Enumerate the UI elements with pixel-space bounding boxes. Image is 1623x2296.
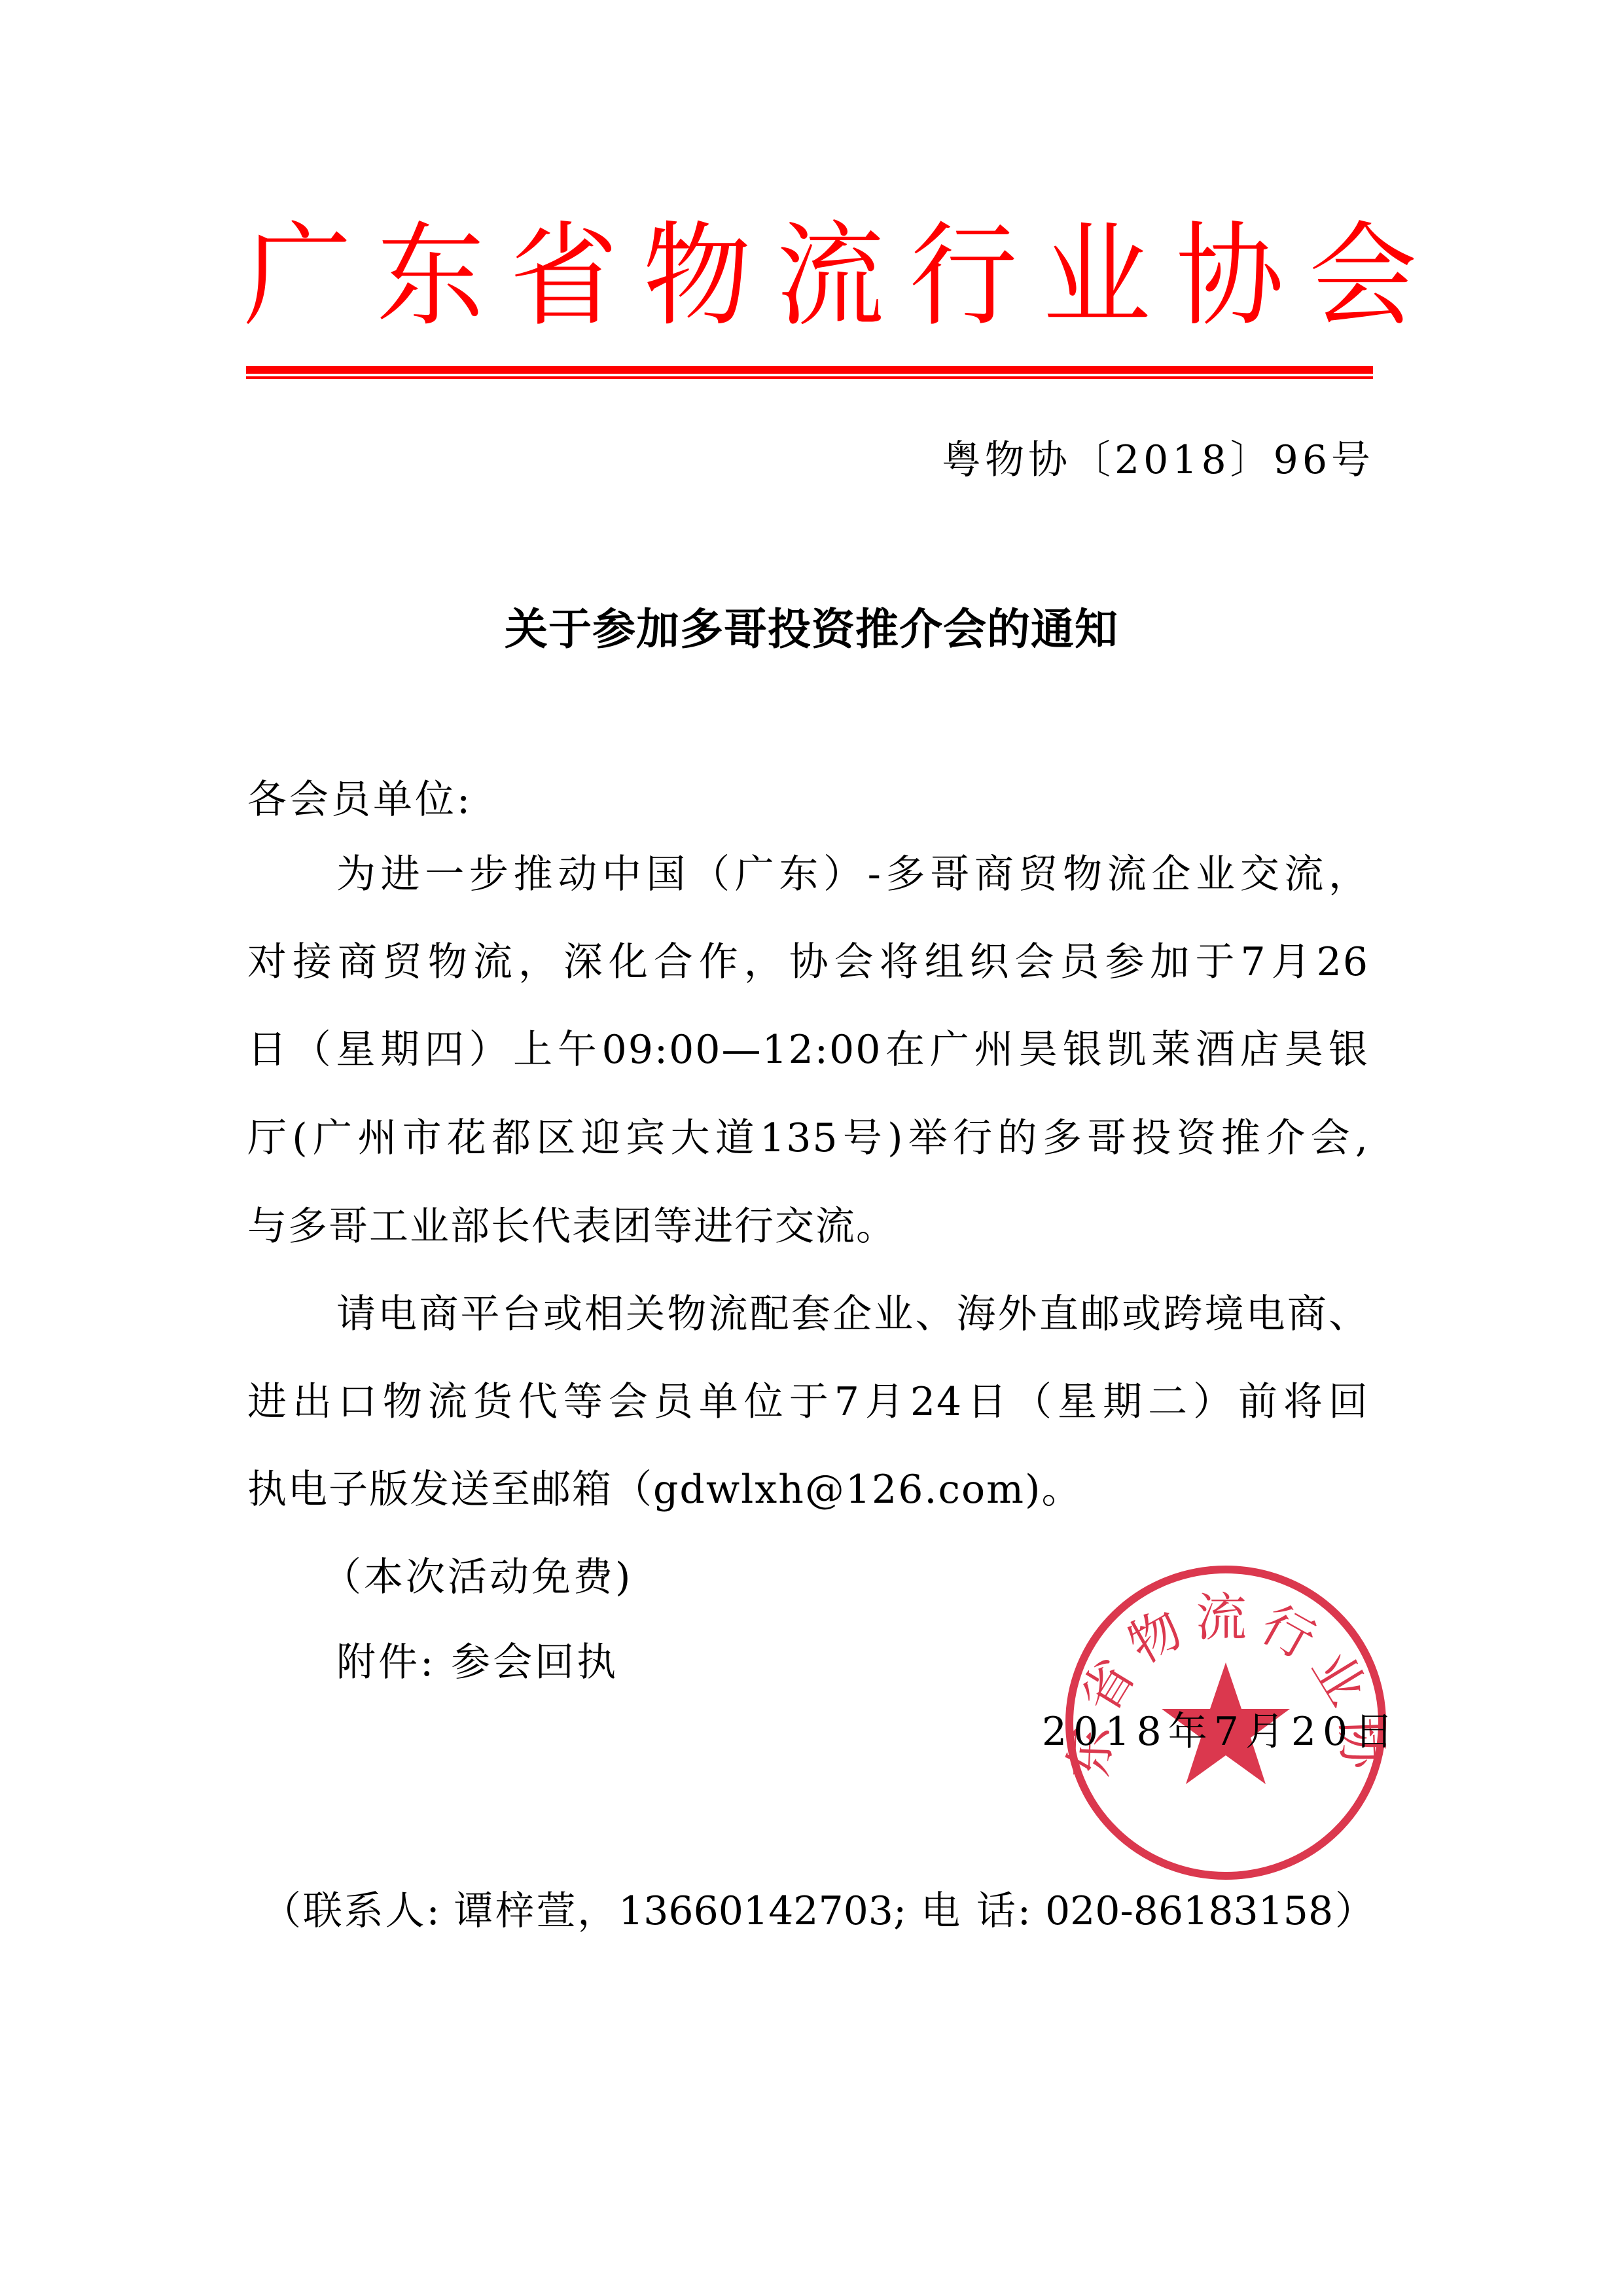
paragraph-line: 进出口物流货代等会员单位于7月24日（星期二）前将回 (247, 1376, 1369, 1428)
document-number: 粤物协〔2018〕96号 (942, 432, 1374, 488)
paragraph-line: 请电商平台或相关物流配套企业、海外直邮或跨境电商、 (247, 1288, 1369, 1340)
salutation: 各会员单位: (247, 774, 473, 826)
contact-info: （联系人: 谭梓萱，13660142703; 电 话: 020-86183158… (262, 1885, 1374, 1937)
attachment-label: 附件: 参会回执 (336, 1636, 618, 1689)
paragraph-line: 与多哥工业部长代表团等进行交流。 (247, 1200, 1369, 1253)
letterhead-rule-thick (246, 366, 1373, 374)
paragraph-line: 厅(广州市花都区迎宾大道135号)举行的多哥投资推介会, (247, 1112, 1369, 1164)
signature-date: 2018年7月20日 (1042, 1706, 1400, 1758)
email-line: 执电子版发送至邮箱（gdwlxh@126.com)。 (247, 1463, 1369, 1516)
letterhead-rule-thin (246, 376, 1373, 379)
paragraph-line: 日（星期四）上午09:00—12:00在广州昊银凯莱酒店昊银 (247, 1024, 1369, 1076)
free-activity-note: （本次活动免费) (322, 1551, 633, 1604)
letterhead-organization-name: 广东省物流行业协会 (243, 211, 1329, 342)
paragraph-line: 为进一步推动中国（广东）-多哥商贸物流企业交流， (247, 848, 1369, 901)
paragraph-line: 对接商贸物流，深化合作，协会将组织会员参加于7月26 (247, 936, 1369, 988)
document-title: 关于参加多哥投资推介会的通知 (0, 597, 1623, 662)
